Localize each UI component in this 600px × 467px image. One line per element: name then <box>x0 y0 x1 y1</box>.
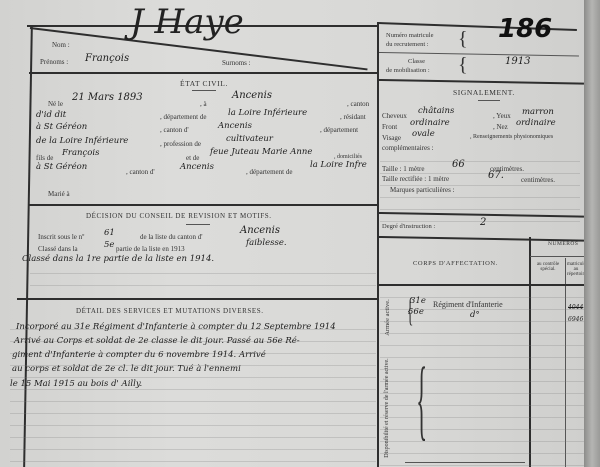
affectation-row-corps: Régiment d'Infanterie <box>433 300 503 309</box>
col-controle-header: au contrôle spécial. <box>532 262 564 272</box>
classe-label-2: de mobilisation : <box>386 67 430 74</box>
taille-label: Taille : 1 mètre <box>382 165 424 173</box>
canton3-label: , canton d' <box>126 168 155 176</box>
title-underline <box>478 100 500 101</box>
classe-divider <box>379 79 584 84</box>
a-label: , à <box>200 100 207 108</box>
numeros-header-divider <box>530 256 584 257</box>
title-underline <box>192 90 216 91</box>
departement2-value: de la Loire Inférieure <box>36 136 128 146</box>
departement3-label: , département de <box>246 168 292 176</box>
prenoms-label: Prénoms : <box>40 58 68 66</box>
yeux-value: marron <box>522 107 554 117</box>
classe-dans-label: Classé dans la <box>38 245 78 253</box>
services-line: giment d'Infanterie à compter du 6 novem… <box>12 350 266 360</box>
affectation-row-num: 56e <box>408 307 424 317</box>
etat-civil-title: ÉTAT CIVIL. <box>180 79 228 88</box>
departement2-label: , département <box>320 126 358 134</box>
taille-rect-label: Taille rectifiée : 1 mètre <box>382 175 449 183</box>
classe-value: 1913 <box>505 56 530 67</box>
inscrit-label: Inscrit sous le nº <box>38 233 84 241</box>
nez-label: , Nez <box>493 123 508 131</box>
nez-value: ordinaire <box>516 118 556 128</box>
visage-value: ovale <box>412 129 435 139</box>
canton-label: , canton <box>347 100 369 108</box>
cheveux-label: Cheveux <box>382 112 407 120</box>
pere-value: François <box>62 148 99 158</box>
profession-label: , profession de <box>160 140 201 148</box>
matricule-label-2: du recrutement : <box>386 41 429 48</box>
departement3-value: la Loire Infre <box>310 160 367 170</box>
section-divider <box>405 462 525 463</box>
affectation-row-matricule: 4044 <box>568 304 583 311</box>
canton-value: d'id dit <box>36 110 66 120</box>
corps-header: CORPS D'AFFECTATION. <box>413 260 498 267</box>
matricule-label-1: Numéro matricule <box>386 32 433 39</box>
column-divider <box>377 22 379 467</box>
decision-title: DÉCISION DU CONSEIL DE REVISION ET MOTIF… <box>86 212 272 220</box>
residant-label: , résidant <box>340 113 366 121</box>
visage-label: Visage <box>382 134 401 142</box>
partie-label: partie de la liste en 1913 <box>116 245 185 253</box>
page-binding-edge <box>584 0 600 467</box>
marie-label: Marié à <box>48 190 70 198</box>
brace: { <box>416 355 427 445</box>
classe-label-1: Classe <box>408 58 425 65</box>
canton2-value: Ancenis <box>218 121 252 131</box>
canton3-value: Ancenis <box>180 162 214 172</box>
cheveux-value: châtains <box>418 106 454 116</box>
ne-le-value: 21 Mars 1893 <box>72 92 143 103</box>
marques-label: Marques particulières : <box>390 186 455 194</box>
canton2-label: , canton d' <box>160 126 189 134</box>
signalement-title: SIGNALEMENT. <box>453 88 515 97</box>
yeux-label: , Yeux <box>493 112 511 120</box>
etat-civil-divider <box>29 204 377 206</box>
matricule-divider <box>379 52 579 56</box>
a-value: Ancenis <box>232 90 272 101</box>
ne-le-label: Né le <box>48 100 63 108</box>
numeros-header: NUMÉROS <box>548 241 578 247</box>
profession-value: cultivateur <box>226 134 273 144</box>
classe-dans-value: 5e <box>104 240 114 250</box>
departement-value: la Loire Inférieure <box>228 108 307 118</box>
mere-label: et de <box>186 154 199 162</box>
armee-active-label: Armée active. <box>384 295 391 340</box>
liste-value: Ancenis <box>240 225 280 236</box>
taille-rect-unit: centimètres. <box>521 176 555 184</box>
affectation-row-matricule: 6946 <box>568 316 583 323</box>
instruction-value: 2 <box>480 217 486 228</box>
ruled-area <box>30 262 376 294</box>
decision-divider <box>17 298 377 300</box>
affectation-row-corps: d° <box>470 310 480 320</box>
matricule-value: 186 <box>498 14 552 44</box>
nom-value: J Haye <box>130 2 244 42</box>
residant-value: à St Géréon <box>36 122 87 132</box>
disponibilite-label: Disponibilité et réserve de l'armée acti… <box>384 358 390 458</box>
brace: { <box>458 28 468 51</box>
services-line: Incorporé au 31e Régiment d'Infanterie à… <box>16 322 336 332</box>
departement-label: , département de <box>160 113 206 121</box>
services-line: Arrivé au Corps et soldat de 2e classe l… <box>14 336 300 346</box>
front-label: Front <box>382 123 397 131</box>
surnoms-label: Surnoms : <box>222 59 251 67</box>
fils-de-label: fils de <box>36 154 53 162</box>
taille-value: 66 <box>452 159 465 170</box>
liste-label: de la liste du canton d' <box>140 233 203 241</box>
col-matricule-header: matricule au répertoire. <box>567 262 585 277</box>
renseignements-label: , Renseignements physionomiques <box>470 134 553 140</box>
title-underline <box>186 224 210 225</box>
services-line: au corps et soldat de 2e cl. le dit jour… <box>12 364 241 374</box>
taille-rect-value: 67. <box>488 170 504 181</box>
motif-value: faiblesse. <box>246 238 287 248</box>
mere-value: feue Juteau Marie Anne <box>210 147 312 157</box>
inscrit-value: 61 <box>104 228 115 238</box>
domicilies-value: à St Géréon <box>36 162 87 172</box>
brace: { <box>458 54 468 77</box>
header-divider <box>29 72 377 74</box>
instruction-label: Degré d'instruction : <box>382 223 435 230</box>
register-page: Nom : J Haye Prénoms : François Surnoms … <box>0 0 584 467</box>
nom-label: Nom : <box>52 41 70 49</box>
prenoms-value: François <box>85 53 129 64</box>
affectation-row-num: 31e <box>410 296 426 306</box>
front-value: ordinaire <box>410 118 450 128</box>
services-line: le 15 Mai 1915 au bois d' Ailly. <box>10 379 142 389</box>
services-title: DÉTAIL DES SERVICES ET MUTATIONS DIVERSE… <box>76 307 264 315</box>
